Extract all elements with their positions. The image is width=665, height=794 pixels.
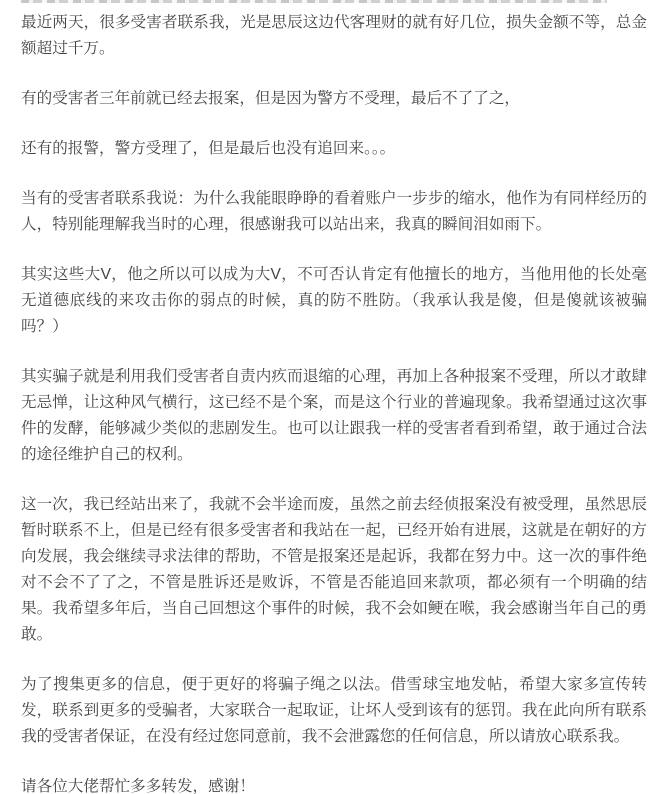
cropped-previous-line [21,0,607,3]
paragraph-determination: 这一次，我已经站出来了，我就不会半途而废，虽然之前去经侦报案没有被受理，虽然思辰… [21,492,647,648]
paragraph-report-accepted-no-recovery: 还有的报警，警方受理了，但是最后也没有追回来。。。 [21,136,647,162]
paragraph-about-big-v: 其实这些大V，他之所以可以成为大V，不可否认肯定有他擅长的地方，当他用他的长处毫… [21,262,647,340]
paragraph-victim-message: 当有的受害者联系我说：为什么我能眼睁睁的看着账户一步步的缩水，他作为有同样经历的… [21,186,647,238]
paragraph-victims-contacted: 最近两天，很多受害者联系我，光是思辰这边代客理财的就有好几位，损失金额不等，总金… [21,10,647,62]
paragraph-report-rejected: 有的受害者三年前就已经去报案，但是因为警方不受理，最后不了了之， [21,86,647,112]
paragraph-scammer-psychology: 其实骗子就是利用我们受害者自责内疚而退缩的心理，再加上各种报案不受理，所以才敢肆… [21,364,647,468]
post-text-body: 最近两天，很多受害者联系我，光是思辰这边代客理财的就有好几位，损失金额不等，总金… [0,0,665,794]
paragraph-call-for-evidence: 为了搜集更多的信息，便于更好的将骗子绳之以法。借雪球宝地发帖，希望大家多宣传转发… [21,672,647,750]
paragraph-thanks-for-sharing: 请各位大佬帮忙多多转发，感谢！ [21,774,647,794]
